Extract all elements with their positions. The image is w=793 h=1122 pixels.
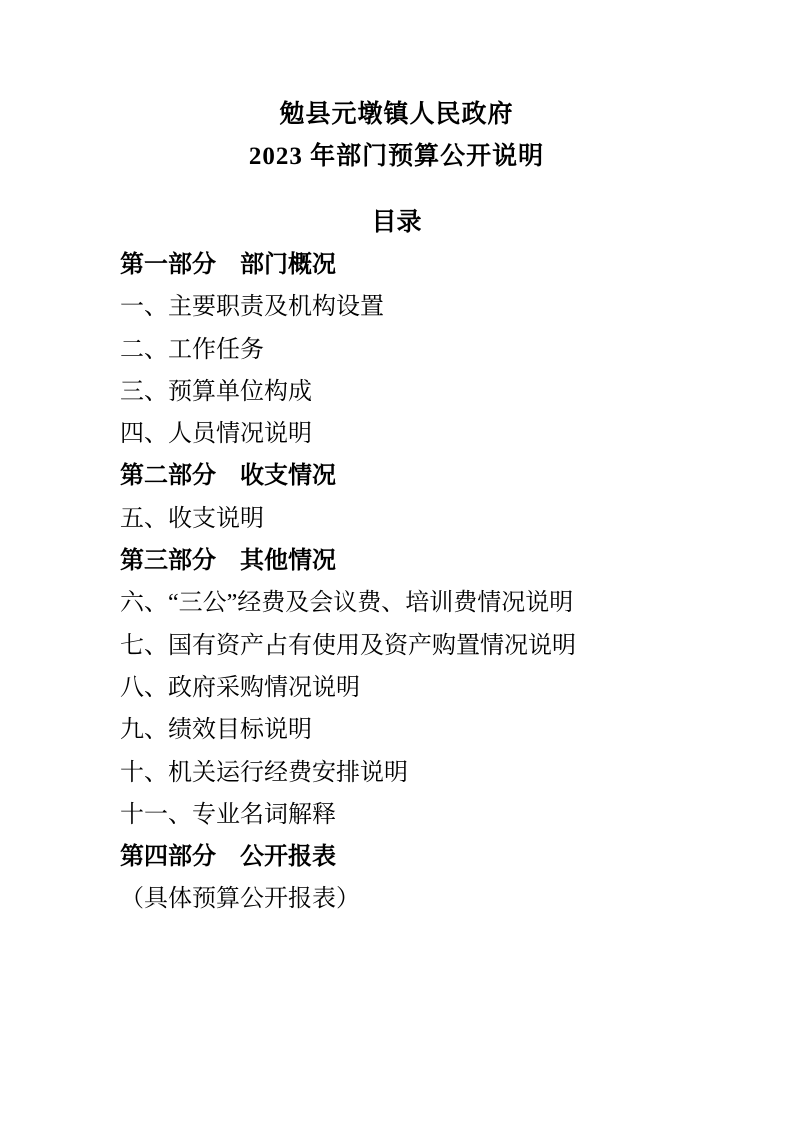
toc-list: 第一部分 部门概况一、主要职责及机构设置二、工作任务三、预算单位构成四、人员情况… xyxy=(0,244,793,921)
toc-item: 五、收支说明 xyxy=(120,498,753,540)
toc-item: （具体预算公开报表） xyxy=(120,878,753,920)
toc-item: 六、“三公”经费及会议费、培训费情况说明 xyxy=(120,582,753,624)
toc-section-heading: 第一部分 部门概况 xyxy=(120,244,753,286)
toc-section-heading: 第三部分 其他情况 xyxy=(120,540,753,582)
document-title-line1: 勉县元墩镇人民政府 xyxy=(0,94,793,136)
toc-item: 十一、专业名词解释 xyxy=(120,794,753,836)
toc-item: 三、预算单位构成 xyxy=(120,371,753,413)
toc-item: 八、政府采购情况说明 xyxy=(120,667,753,709)
document-page: 勉县元墩镇人民政府 2023 年部门预算公开说明 目录 第一部分 部门概况一、主… xyxy=(0,0,793,1122)
toc-item: 九、绩效目标说明 xyxy=(120,709,753,751)
toc-item: 七、国有资产占有使用及资产购置情况说明 xyxy=(120,625,753,667)
toc-item: 二、工作任务 xyxy=(120,329,753,371)
toc-section-heading: 第二部分 收支情况 xyxy=(120,455,753,497)
toc-item: 十、机关运行经费安排说明 xyxy=(120,752,753,794)
toc-heading: 目录 xyxy=(0,202,793,244)
toc-item: 四、人员情况说明 xyxy=(120,413,753,455)
toc-section-heading: 第四部分 公开报表 xyxy=(120,836,753,878)
document-header: 勉县元墩镇人民政府 2023 年部门预算公开说明 xyxy=(0,94,793,178)
document-title-line2: 2023 年部门预算公开说明 xyxy=(0,136,793,178)
toc-item: 一、主要职责及机构设置 xyxy=(120,286,753,328)
